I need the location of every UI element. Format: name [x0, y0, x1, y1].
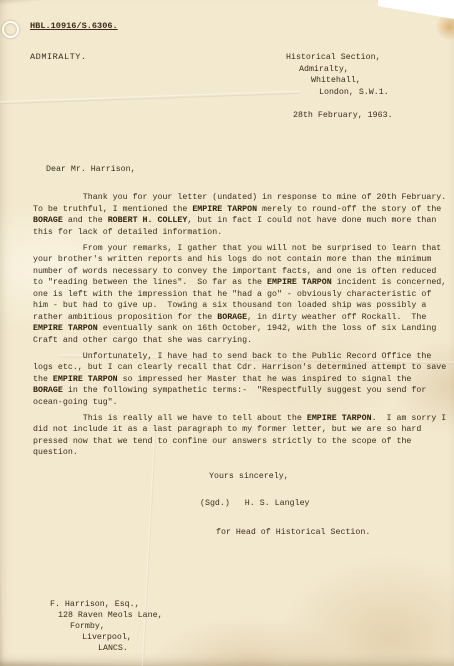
signature-line: (Sgd.) H. S. Langley — [200, 498, 310, 510]
valediction: Yours sincerely, — [209, 471, 289, 483]
letter-date: 28th February, 1963. — [293, 110, 393, 122]
letter-line: Historical Section, — [286, 52, 389, 64]
organisation-name: ADMIRALTY. — [30, 52, 87, 64]
letter-line: Craft and other cargo that she was carry… — [33, 335, 453, 347]
letter-line: to "reading between the lines". So far a… — [33, 277, 453, 289]
letter-line: one is left with the impression that he … — [33, 289, 453, 301]
reference-number: HBL.10916/S.6306. — [30, 21, 118, 33]
letter-line: number of words necessary to convey the … — [33, 266, 453, 278]
letter-body: Thank you for your letter (undated) in r… — [33, 192, 453, 463]
letter-line: 128 Raven Meols Lane, — [58, 610, 163, 621]
torn-corner — [378, 0, 454, 19]
letter-line: rather ambitious proposition for the BOR… — [33, 312, 453, 324]
sender-address-block: Historical Section,Admiralty,Whitehall,L… — [286, 52, 389, 98]
paragraph: From your remarks, I gather that you wil… — [33, 243, 453, 347]
letter-line: F. Harrison, Esq., — [50, 599, 163, 610]
letter-line: him - but had to give up. Towing a six t… — [33, 300, 453, 312]
letter-line: Liverpool, — [82, 632, 163, 643]
letter-line: BORAGE in the following sympathetic term… — [33, 385, 453, 397]
paper-crease — [0, 91, 300, 104]
letter-line: From your remarks, I gather that you wil… — [33, 243, 453, 255]
letter-line: logs etc., but I can clearly recall that… — [33, 362, 453, 374]
letter-line: EMPIRE TARPON eventually sank on 16th Oc… — [33, 323, 453, 335]
letter-line: did not include it as a last paragraph t… — [33, 424, 453, 436]
paragraph: This is really all we have to tell about… — [33, 413, 453, 459]
letter-line: London, S.W.1. — [319, 87, 389, 99]
letter-page: HBL.10916/S.6306. ADMIRALTY. Historical … — [0, 0, 454, 666]
letter-line: the EMPIRE TARPON so impressed her Maste… — [33, 374, 453, 386]
letter-line: Unfortunately, I have had to send back t… — [33, 351, 453, 363]
paragraph: Unfortunately, I have had to send back t… — [33, 351, 453, 409]
paragraph: Thank you for your letter (undated) in r… — [33, 192, 453, 238]
punch-hole-icon — [2, 21, 19, 38]
letter-line: your brother's written reports and his l… — [33, 254, 453, 266]
letter-line: pressed now that we tend to confine our … — [33, 436, 453, 448]
letter-line: This is really all we have to tell about… — [33, 413, 453, 425]
letter-line: LANCS. — [98, 643, 163, 654]
letter-line: this for lack of detailed information. — [33, 227, 453, 239]
letter-line: Whitehall, — [311, 75, 389, 87]
letter-line: Thank you for your letter (undated) in r… — [33, 192, 453, 204]
salutation: Dear Mr. Harrison, — [46, 164, 136, 176]
signatory-role: for Head of Historical Section. — [216, 527, 370, 539]
letter-line: BORAGE and the ROBERT H. COLLEY, but in … — [33, 215, 453, 227]
letter-line: Formby, — [70, 621, 163, 632]
letter-line: Admiralty, — [299, 64, 389, 76]
recipient-address-block: F. Harrison, Esq.,128 Raven Meols Lane,F… — [50, 599, 163, 654]
letter-line: question. — [33, 447, 453, 459]
letter-line: ocean-going tug". — [33, 397, 453, 409]
letter-line: To be truthful, I mentioned the EMPIRE T… — [33, 204, 453, 216]
